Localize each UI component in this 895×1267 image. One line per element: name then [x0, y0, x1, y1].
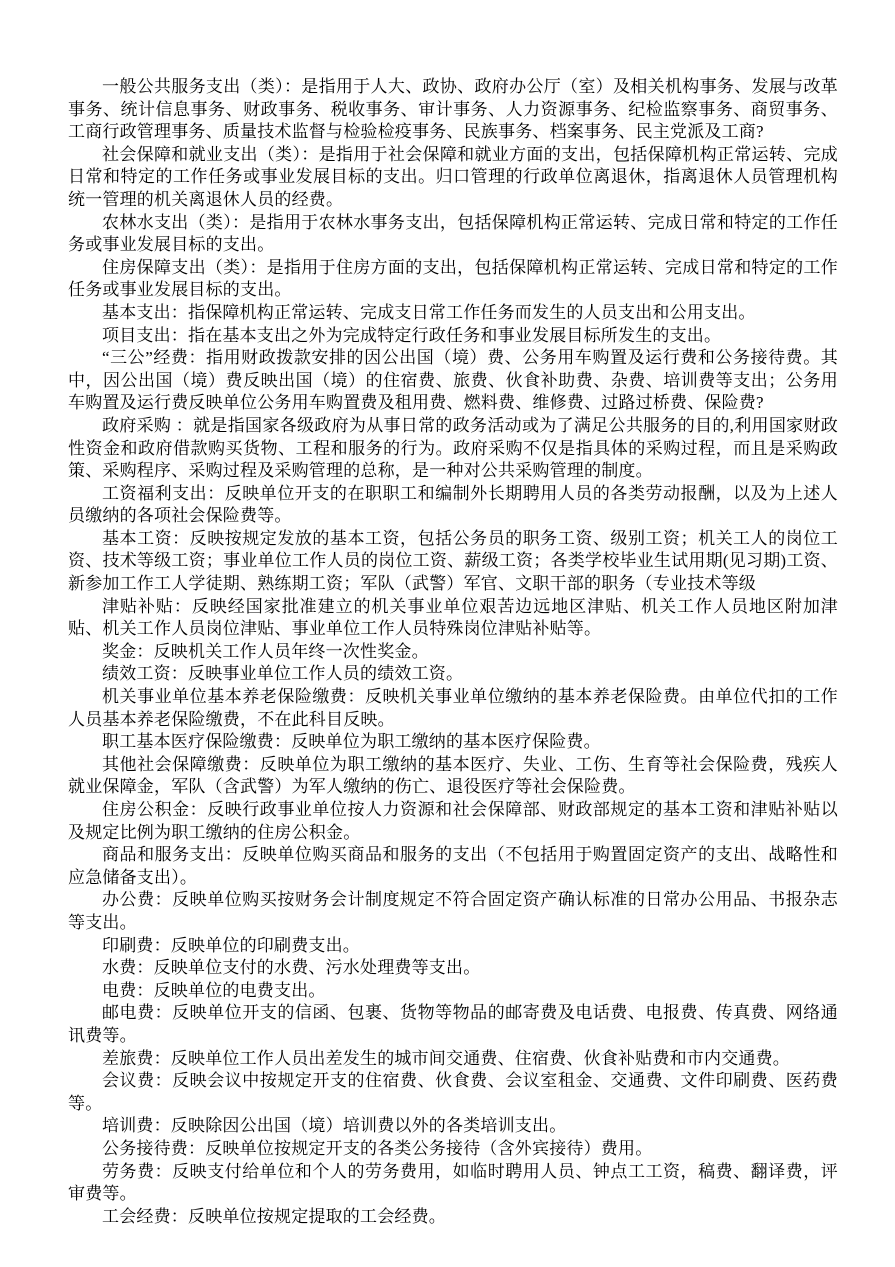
definition-paragraph: 邮电费：反映单位开支的信函、包裹、货物等物品的邮寄费及电话费、电报费、传真费、网… [68, 1002, 838, 1047]
definition-paragraph: “三公”经费：指用财政拨款安排的因公出国（境）费、公务用车购置及运行费和公务接待… [68, 347, 838, 415]
definition-paragraph: 一般公共服务支出（类）：是指用于人大、政协、政府办公厅（室）及相关机构事务、发展… [68, 76, 838, 144]
definition-paragraph: 印刷费：反映单位的印刷费支出。 [68, 935, 838, 958]
definition-paragraph: 电费：反映单位的电费支出。 [68, 980, 838, 1003]
document-page-background: { "colors": { "page_background": "#fffff… [0, 0, 895, 1267]
definition-paragraph: 工会经费：反映单位按规定提取的工会经费。 [68, 1206, 838, 1229]
definition-paragraph: 绩效工资：反映事业单位工作人员的绩效工资。 [68, 663, 838, 686]
definition-paragraph: 职工基本医疗保险缴费：反映单位为职工缴纳的基本医疗保险费。 [68, 731, 838, 754]
definition-paragraph: 机关事业单位基本养老保险缴费：反映机关事业单位缴纳的基本养老保险费。由单位代扣的… [68, 686, 838, 731]
definition-paragraph: 劳务费：反映支付给单位和个人的劳务费用，如临时聘用人员、钟点工工资，稿费、翻译费… [68, 1161, 838, 1206]
definition-paragraph: 水费：反映单位支付的水费、污水处理费等支出。 [68, 957, 838, 980]
definition-paragraph: 其他社会保障缴费：反映单位为职工缴纳的基本医疗、失业、工伤、生育等社会保险费，残… [68, 754, 838, 799]
definition-paragraph: 项目支出：指在基本支出之外为完成特定行政任务和事业发展目标所发生的支出。 [68, 325, 838, 348]
definition-paragraph: 基本支出：指保障机构正常运转、完成支日常工作任务而发生的人员支出和公用支出。 [68, 302, 838, 325]
definition-paragraph: 基本工资：反映按规定发放的基本工资，包括公务员的职务工资、级别工资；机关工人的岗… [68, 528, 838, 596]
definition-paragraph: 办公费：反映单位购买按财务会计制度规定不符合固定资产确认标准的日常办公用品、书报… [68, 889, 838, 934]
definition-paragraph: 农林水支出（类）：是指用于农林水事务支出，包括保障机构正常运转、完成日常和特定的… [68, 212, 838, 257]
glossary-text-body: 一般公共服务支出（类）：是指用于人大、政协、政府办公厅（室）及相关机构事务、发展… [68, 76, 838, 1228]
document-page: 一般公共服务支出（类）：是指用于人大、政协、政府办公厅（室）及相关机构事务、发展… [0, 0, 895, 1267]
definition-paragraph: 差旅费：反映单位工作人员出差发生的城市间交通费、住宿费、伙食补贴费和市内交通费。 [68, 1048, 838, 1071]
definition-paragraph: 培训费：反映除因公出国（境）培训费以外的各类培训支出。 [68, 1115, 838, 1138]
definition-paragraph: 公务接待费：反映单位按规定开支的各类公务接待（含外宾接待）费用。 [68, 1138, 838, 1161]
definition-paragraph: 商品和服务支出：反映单位购买商品和服务的支出（不包括用于购置固定资产的支出、战略… [68, 844, 838, 889]
definition-paragraph: 住房公积金：反映行政事业单位按人力资源和社会保障部、财政部规定的基本工资和津贴补… [68, 799, 838, 844]
definition-paragraph: 工资福利支出：反映单位开支的在职职工和编制外长期聘用人员的各类劳动报酬，以及为上… [68, 483, 838, 528]
definition-paragraph: 奖金：反映机关工作人员年终一次性奖金。 [68, 641, 838, 664]
definition-paragraph: 津贴补贴：反映经国家批准建立的机关事业单位艰苦边远地区津贴、机关工作人员地区附加… [68, 596, 838, 641]
definition-paragraph: 住房保障支出（类）：是指用于住房方面的支出，包括保障机构正常运转、完成日常和特定… [68, 257, 838, 302]
definition-paragraph: 会议费：反映会议中按规定开支的住宿费、伙食费、会议室租金、交通费、文件印刷费、医… [68, 1070, 838, 1115]
definition-paragraph: 政府采购 ：就是指国家各级政府为从事日常的政务活动或为了满足公共服务的目的,利用… [68, 415, 838, 483]
definition-paragraph: 社会保障和就业支出（类）：是指用于社会保障和就业方面的支出，包括保障机构正常运转… [68, 144, 838, 212]
